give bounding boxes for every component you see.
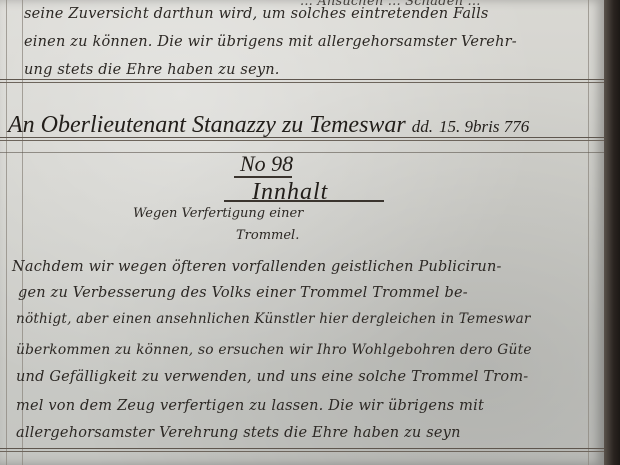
- entry-date-prefix: dd.: [412, 117, 433, 136]
- entry-addressee: An Oberlieutenant Stanazzy zu Temeswar: [8, 112, 406, 138]
- previous-entry-line-1: seine Zuversicht darthun wird, um solche…: [24, 6, 489, 22]
- entry-number: No 98: [240, 151, 293, 177]
- right-margin-rule: [588, 0, 589, 465]
- body-line-1: Nachdem wir wegen öfteren vorfallenden g…: [12, 259, 502, 275]
- left-margin-rule: [6, 0, 7, 465]
- contents-heading-underline: [224, 200, 384, 202]
- body-line-5: und Gefälligkeit zu verwenden, und uns e…: [16, 369, 528, 385]
- header-lower-rule: [0, 152, 604, 153]
- previous-entry-line-3: ung stets die Ehre haben zu seyn.: [24, 62, 280, 78]
- body-line-4: überkommen zu können, so ersuchen wir Ih…: [16, 342, 532, 358]
- body-line-6: mel von dem Zeug verfertigen zu lassen. …: [16, 398, 484, 414]
- entry-date: 15. 9bris 776: [439, 117, 529, 136]
- bottom-separator-rule: [0, 448, 604, 452]
- left-margin-rule-inner: [22, 0, 23, 465]
- subject-line-1: Wegen Verfertigung einer: [133, 206, 303, 221]
- header-underline-rule: [0, 137, 604, 141]
- body-line-3: nöthigt, aber einen ansehnlichen Künstle…: [16, 311, 531, 327]
- entry-separator-rule: [0, 79, 604, 83]
- subject-line-2: Trommel.: [236, 228, 299, 243]
- body-line-7: allergehorsamster Verehrung stets die Eh…: [16, 425, 461, 441]
- entry-number-underline: [234, 176, 292, 178]
- previous-entry-line-2: einen zu können. Die wir übrigens mit al…: [24, 34, 517, 50]
- manuscript-page: ... Ansuchen ... Schaden ... seine Zuver…: [0, 0, 604, 465]
- body-line-2: gen zu Verbesserung des Volks einer Trom…: [18, 285, 468, 301]
- entry-header: An Oberlieutenant Stanazzy zu Temeswar d…: [8, 112, 529, 139]
- book-binding-edge: [604, 0, 620, 465]
